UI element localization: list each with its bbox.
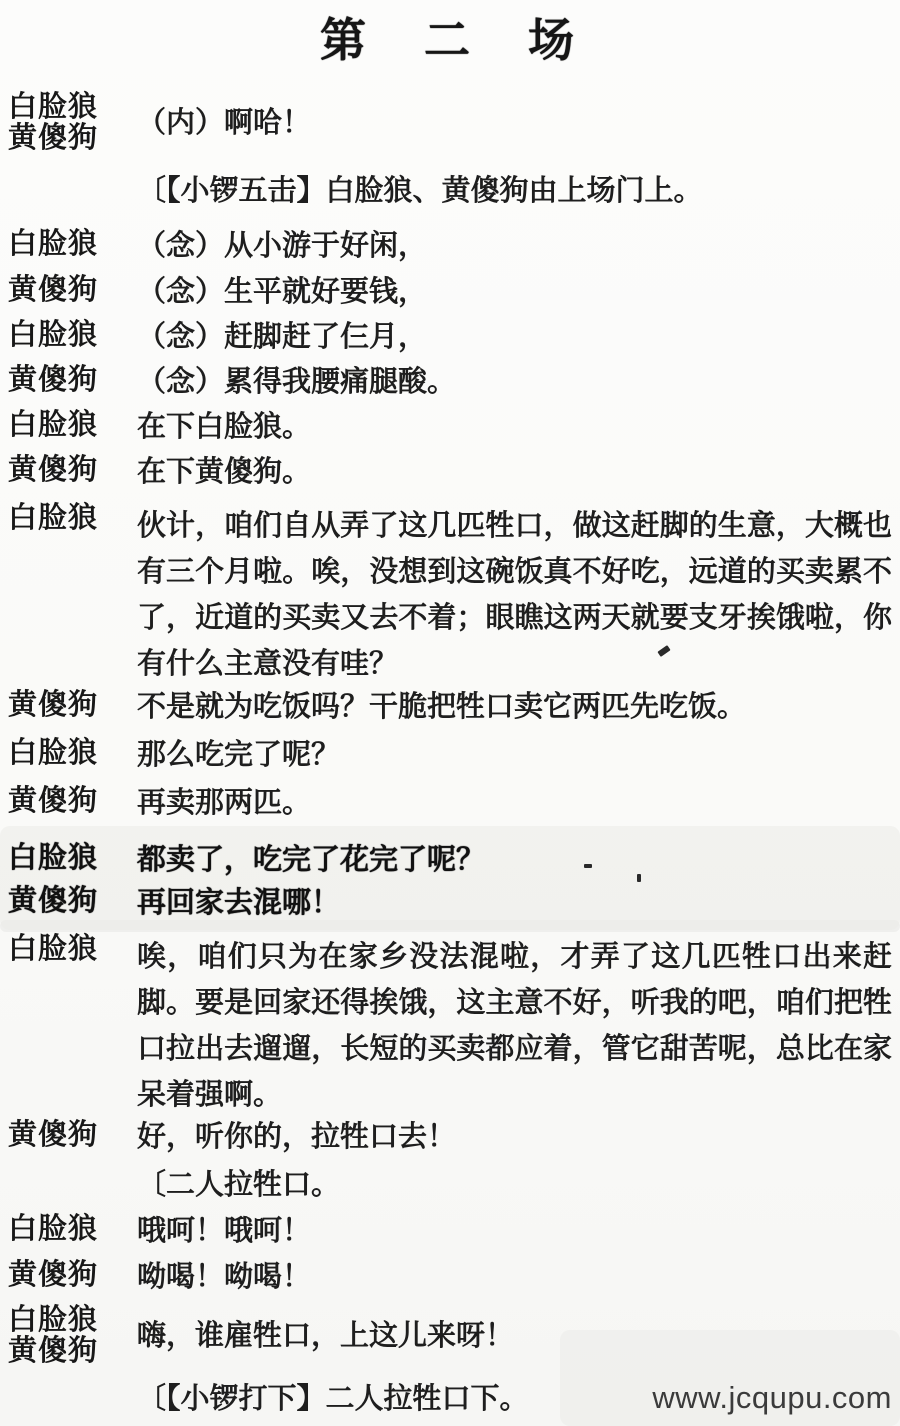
script-line: 黄傻狗 呦喝！呦喝！ <box>8 1260 892 1294</box>
dialogue-text: （内）啊哈！ <box>137 106 892 140</box>
dialogue-text: （念）从小游于好闲， <box>137 229 892 263</box>
script-line: 黄傻狗 （念）生平就好要钱， <box>8 275 892 309</box>
script-line: 黄傻狗 （念）累得我腰痛腿酸。 <box>8 365 892 399</box>
dialogue-text: 呦喝！呦喝！ <box>137 1260 892 1294</box>
script-line: 白脸狼 唉，咱们只为在家乡没法混啦，才弄了这几匹牲口出来赶脚。要是回家还得挨饿，… <box>8 934 892 1118</box>
scene-title: 第 二 场 <box>0 4 900 70</box>
speaker-label: 白脸狼 <box>8 503 137 534</box>
dialogue-text: 嗨，谁雇牲口，上这儿来呀！ <box>137 1319 892 1353</box>
speaker-label: 白脸狼 <box>8 92 137 123</box>
dialogue-text: 好，听你的，拉牲口去！ <box>137 1120 892 1154</box>
dialogue-text: 唉，咱们只为在家乡没法混啦，才弄了这几匹牲口出来赶脚。要是回家还得挨饿，这主意不… <box>137 934 892 1118</box>
dialogue-text: 哦呵！哦呵！ <box>137 1214 892 1248</box>
dialogue-text: （念）累得我腰痛腿酸。 <box>137 365 892 399</box>
speaker-label: 黄傻狗 <box>8 275 137 306</box>
dialogue-text: （念）生平就好要钱， <box>137 275 892 309</box>
dialogue-text: 再回家去混哪！ <box>137 886 892 920</box>
script-line: 白脸狼 黄傻狗 （内）啊哈！ <box>8 88 892 158</box>
dialogue-text: 伙计，咱们自从弄了这几匹牲口，做这赶脚的生意，大概也有三个月啦。唉，没想到这碗饭… <box>137 503 892 687</box>
watermark-url: www.jcqupu.com <box>652 1380 892 1416</box>
script-line: 白脸狼 黄傻狗 嗨，谁雇牲口，上这儿来呀！ <box>8 1302 892 1370</box>
script-line: 黄傻狗 不是就为吃饭吗？干脆把牲口卖它两匹先吃饭。 <box>8 690 892 724</box>
dialogue-text: 在下白脸狼。 <box>137 410 892 444</box>
stage-direction-text: 〔【小锣五击】白脸狼、黄傻狗由上场门上。 <box>137 174 892 208</box>
dialogue-text: 那么吃完了呢？ <box>137 738 892 772</box>
scan-blotch <box>0 920 900 932</box>
speaker-label: 黄傻狗 <box>8 886 137 917</box>
speaker-label: 黄傻狗 <box>8 690 137 721</box>
dialogue-text: 都卖了，吃完了花完了呢？ <box>137 843 892 877</box>
speaker-label: 白脸狼 <box>8 738 137 769</box>
speaker-label: 白脸狼 <box>8 843 137 874</box>
scanned-script-page: 第 二 场 白脸狼 黄傻狗 （内）啊哈！ 〔【小锣五击】白脸狼、黄傻狗由上场门上… <box>0 0 900 1426</box>
script-line: 黄傻狗 好，听你的，拉牲口去！ <box>8 1120 892 1154</box>
speaker-label: 黄傻狗 <box>8 123 137 154</box>
speaker-label: 白脸狼 <box>8 320 137 351</box>
speaker-labels: 白脸狼 黄傻狗 <box>8 1305 137 1367</box>
speaker-label: 黄傻狗 <box>8 1120 137 1151</box>
script-line: 白脸狼 那么吃完了呢？ <box>8 738 892 772</box>
script-line: 黄傻狗 在下黄傻狗。 <box>8 455 892 489</box>
speaker-label: 白脸狼 <box>8 1305 137 1336</box>
script-line: 白脸狼 伙计，咱们自从弄了这几匹牲口，做这赶脚的生意，大概也有三个月啦。唉，没想… <box>8 503 892 687</box>
speaker-label: 白脸狼 <box>8 410 137 441</box>
stage-direction-text: 〔二人拉牲口。 <box>137 1168 892 1202</box>
dialogue-text: 不是就为吃饭吗？干脆把牲口卖它两匹先吃饭。 <box>137 690 892 724</box>
dialogue-text: （念）赶脚赶了仨月， <box>137 320 892 354</box>
script-line: 黄傻狗 再回家去混哪！ <box>8 886 892 920</box>
speaker-label: 黄傻狗 <box>8 365 137 396</box>
dialogue-text: 再卖那两匹。 <box>137 786 892 820</box>
script-line: 黄傻狗 再卖那两匹。 <box>8 786 892 820</box>
stage-direction-line: 〔【小锣五击】白脸狼、黄傻狗由上场门上。 <box>8 174 892 208</box>
speaker-label: 白脸狼 <box>8 1214 137 1245</box>
script-line: 白脸狼 （念）从小游于好闲， <box>8 229 892 263</box>
speaker-label: 黄傻狗 <box>8 1336 137 1367</box>
script-line: 白脸狼 在下白脸狼。 <box>8 410 892 444</box>
speaker-label: 黄傻狗 <box>8 786 137 817</box>
stage-direction-line: 〔二人拉牲口。 <box>8 1168 892 1202</box>
speaker-label: 黄傻狗 <box>8 1260 137 1291</box>
script-line: 白脸狼 （念）赶脚赶了仨月， <box>8 320 892 354</box>
dialogue-text: 在下黄傻狗。 <box>137 455 892 489</box>
speaker-label: 白脸狼 <box>8 934 137 965</box>
speaker-label: 白脸狼 <box>8 229 137 260</box>
script-line: 白脸狼 哦呵！哦呵！ <box>8 1214 892 1248</box>
script-line: 白脸狼 都卖了，吃完了花完了呢？ <box>8 843 892 877</box>
speaker-label: 黄傻狗 <box>8 455 137 486</box>
speaker-labels: 白脸狼 黄傻狗 <box>8 92 137 154</box>
